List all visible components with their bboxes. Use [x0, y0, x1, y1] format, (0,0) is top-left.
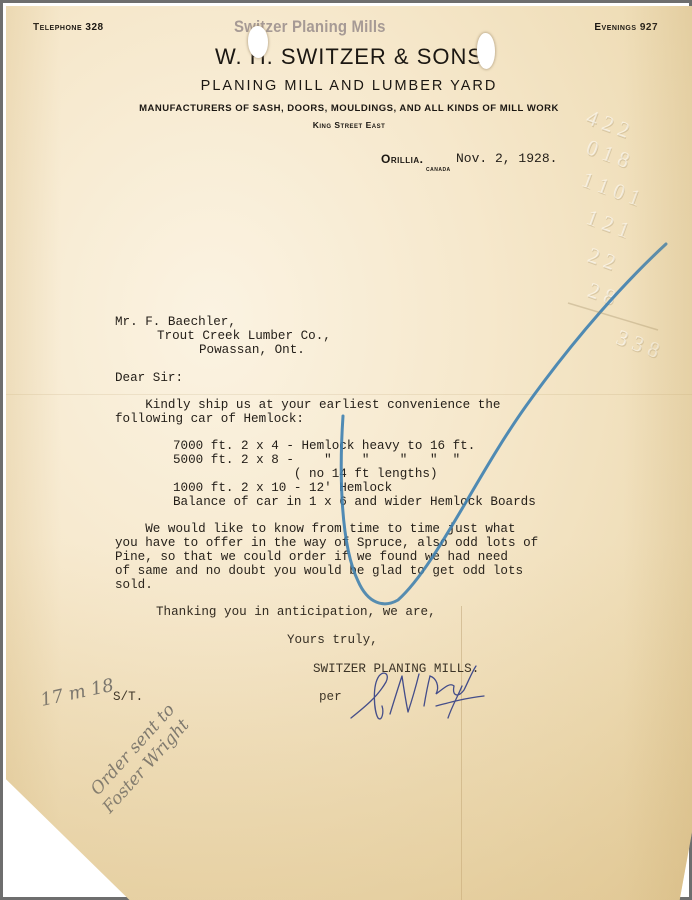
handwriting-layer: 17 m 18 Order sent to Foster Wright	[6, 6, 692, 900]
check-mark-icon	[341, 244, 666, 604]
letter-paper: 4 2 2 0 1 8 1 1 0 1 1 2 1 2 2 2 8 3 3 8 …	[6, 6, 692, 900]
margin-number: 17 m 18	[39, 675, 116, 711]
pencil-notes: 17 m 18 Order sent to Foster Wright	[39, 675, 194, 818]
document-frame: 4 2 2 0 1 8 1 1 0 1 1 2 1 2 2 2 8 3 3 8 …	[0, 0, 692, 900]
signature-icon	[351, 666, 484, 719]
